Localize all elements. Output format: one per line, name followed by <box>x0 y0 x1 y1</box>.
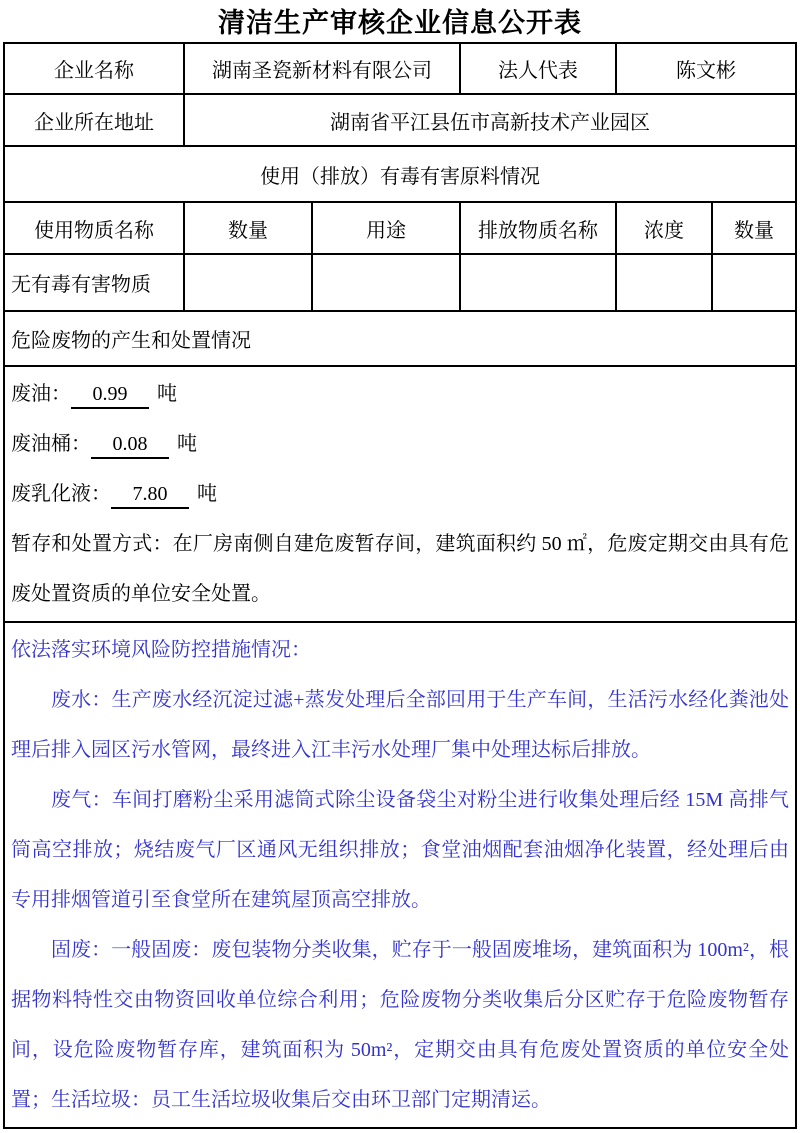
table-row: 企业所在地址 湖南省平江县伍市高新技术产业园区 <box>4 94 796 146</box>
document-page: 清洁生产审核企业信息公开表 企业名称 湖南圣瓷新材料有限公司 法人代表 陈文彬 … <box>0 0 800 1133</box>
table-row: 企业名称 湖南圣瓷新材料有限公司 法人代表 陈文彬 <box>4 43 796 94</box>
toxic-row-usage <box>312 254 460 311</box>
table-row: 危险废物的产生和处置情况 <box>4 311 796 366</box>
waste-emulsion-label: 废乳化液： <box>11 483 111 505</box>
column-header-substance: 使用物质名称 <box>4 202 184 254</box>
table-row: 无有毒有害物质 <box>4 254 796 311</box>
column-header-concentration: 浓度 <box>616 202 712 254</box>
disposal-method-text: 暂存和处置方式：在厂房南侧自建危废暂存间，建筑面积约 50 ㎡，危废定期交由具有… <box>11 519 789 619</box>
toxic-row-quantity2 <box>712 254 796 311</box>
column-header-quantity2: 数量 <box>712 202 796 254</box>
waste-emulsion-unit: 吨 <box>197 483 217 505</box>
wastewater-paragraph: 废水：生产废水经沉淀过滤+蒸发处理后全部回用于生产车间，生活污水经化粪池处理后排… <box>11 675 789 775</box>
waste-oil-line: 废油：0.99吨 <box>11 369 789 419</box>
toxic-row-substance: 无有毒有害物质 <box>4 254 184 311</box>
waste-emulsion-line: 废乳化液：7.80吨 <box>11 469 789 519</box>
company-name-label: 企业名称 <box>4 43 184 94</box>
toxic-section-header: 使用（排放）有毒有害原料情况 <box>4 146 796 202</box>
table-row: 使用（排放）有毒有害原料情况 <box>4 146 796 202</box>
toxic-row-emission <box>460 254 616 311</box>
waste-oil-label: 废油： <box>11 383 71 405</box>
waste-oil-unit: 吨 <box>157 383 177 405</box>
toxic-row-quantity <box>184 254 312 311</box>
address-value: 湖南省平江县伍市高新技术产业园区 <box>184 94 796 146</box>
waste-oil-value: 0.99 <box>71 381 149 409</box>
legal-rep-value: 陈文彬 <box>616 43 796 94</box>
company-name-value: 湖南圣瓷新材料有限公司 <box>184 43 460 94</box>
legal-rep-label: 法人代表 <box>460 43 616 94</box>
waste-drum-label: 废油桶： <box>11 433 91 455</box>
hazard-section-header: 危险废物的产生和处置情况 <box>4 311 796 366</box>
column-header-emission: 排放物质名称 <box>460 202 616 254</box>
waste-drum-line: 废油桶：0.08吨 <box>11 419 789 469</box>
exhaust-gas-paragraph: 废气：车间打磨粉尘采用滤筒式除尘设备袋尘对粉尘进行收集处理后经 15M 高排气筒… <box>11 775 789 925</box>
risk-control-cell: 依法落实环境风险防控措施情况： 废水：生产废水经沉淀过滤+蒸发处理后全部回用于生… <box>4 622 796 1128</box>
page-title: 清洁生产审核企业信息公开表 <box>0 0 800 42</box>
risk-section-header: 依法落实环境风险防控措施情况： <box>11 625 789 675</box>
waste-emulsion-value: 7.80 <box>111 481 189 509</box>
column-header-usage: 用途 <box>312 202 460 254</box>
waste-drum-value: 0.08 <box>91 431 169 459</box>
disclosure-form-table: 企业名称 湖南圣瓷新材料有限公司 法人代表 陈文彬 企业所在地址 湖南省平江县伍… <box>3 42 797 1129</box>
hazard-details-cell: 废油：0.99吨 废油桶：0.08吨 废乳化液：7.80吨 暂存和处置方式：在厂… <box>4 366 796 622</box>
column-header-quantity: 数量 <box>184 202 312 254</box>
toxic-row-concentration <box>616 254 712 311</box>
waste-drum-unit: 吨 <box>177 433 197 455</box>
solid-waste-paragraph: 固废：一般固废：废包装物分类收集，贮存于一般固废堆场，建筑面积为 100m²，根… <box>11 925 789 1125</box>
table-row: 依法落实环境风险防控措施情况： 废水：生产废水经沉淀过滤+蒸发处理后全部回用于生… <box>4 622 796 1128</box>
address-label: 企业所在地址 <box>4 94 184 146</box>
table-row: 废油：0.99吨 废油桶：0.08吨 废乳化液：7.80吨 暂存和处置方式：在厂… <box>4 366 796 622</box>
table-header-row: 使用物质名称 数量 用途 排放物质名称 浓度 数量 <box>4 202 796 254</box>
